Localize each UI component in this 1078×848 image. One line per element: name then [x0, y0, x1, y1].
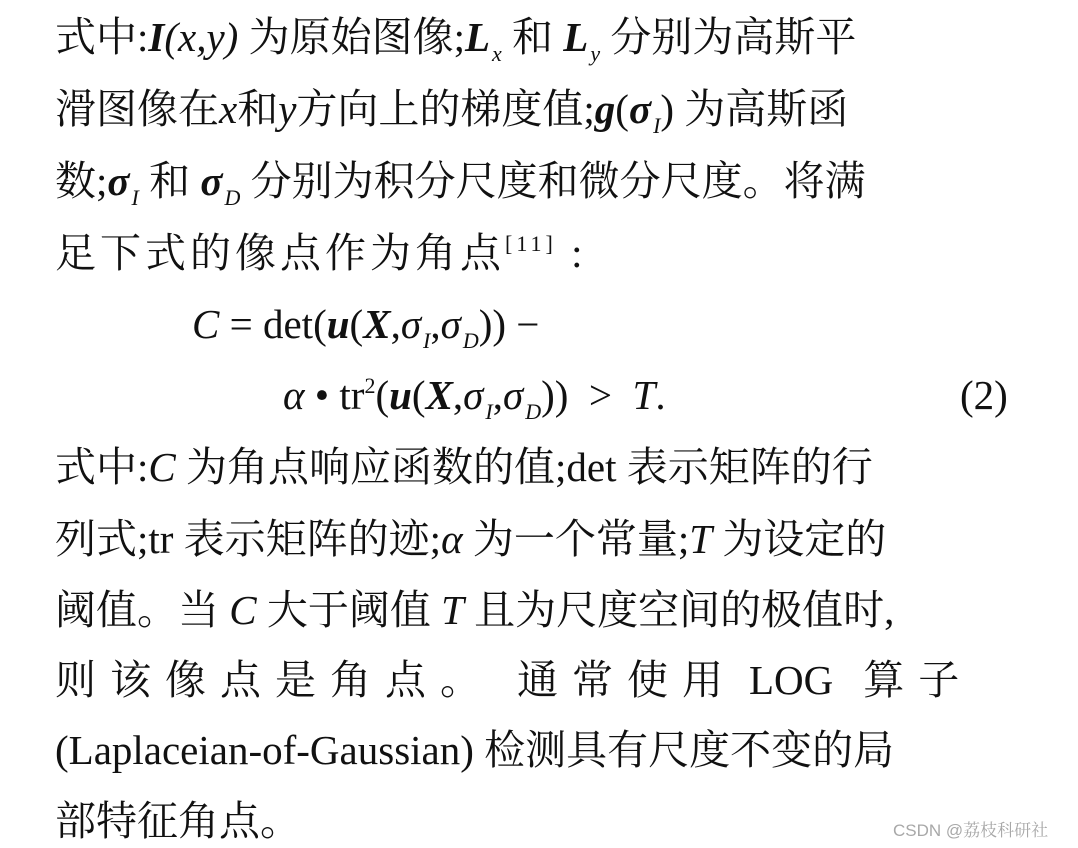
math-text: , [453, 372, 463, 418]
text: 分别为积分尺度和微分尺度。将满 [240, 158, 865, 204]
math-text: ( [412, 372, 426, 418]
math-subscript: I [485, 399, 492, 424]
math-sigma-D: σ [441, 301, 461, 347]
math-image-symbol: I [148, 14, 164, 60]
paragraph-line-1: 式中:I(x,y) 为原始图像;Lx 和 Ly 分别为高斯平 [55, 12, 856, 62]
text: 为角点响应函数的值;det 表示矩阵的行 [176, 444, 873, 490]
text: 通常使用 [517, 657, 737, 703]
equation-number: (2) [960, 370, 1008, 420]
math-subscript: D [525, 399, 541, 424]
document-page: 式中:I(x,y) 为原始图像;Lx 和 Ly 分别为高斯平 滑图像在x和y方向… [0, 0, 1078, 848]
math-g: g [595, 86, 616, 132]
text: 和 [237, 86, 278, 132]
math-text: ( [375, 372, 389, 418]
math-sigma-I: σ [107, 158, 129, 204]
math-sigma: σ [629, 86, 651, 132]
paragraph-line-10: 部特征角点。 [55, 796, 301, 846]
text: 列式;tr 表示矩阵的迹; [55, 516, 441, 562]
text: ) 为高斯函 [660, 86, 848, 132]
text: 阈值。当 [55, 587, 229, 633]
paragraph-line-8: 则该像点是角点。通常使用LOG算子 [55, 655, 973, 705]
text: ( [615, 86, 629, 132]
math-text: , [430, 301, 440, 347]
text: 数; [55, 158, 107, 204]
math-text: . [655, 372, 665, 418]
paragraph-line-4: 足下式的像点作为角点[11] : [55, 228, 587, 278]
text: 为原始图像; [238, 14, 465, 60]
math-T: T [689, 516, 712, 562]
citation-reference: [11] [505, 231, 557, 256]
math-text: , [493, 372, 503, 418]
paragraph-line-3: 数;σI 和 σD 分别为积分尺度和微分尺度。将满 [55, 156, 866, 206]
text: : [557, 230, 587, 276]
math-args: (x,y) [164, 14, 238, 60]
math-subscript: D [463, 328, 479, 353]
math-T: T [633, 372, 656, 418]
math-subscript: x [492, 41, 502, 66]
text: (Laplaceian-of-Gaussian) 检测具有尺度不变的局 [55, 727, 894, 773]
paragraph-line-2: 滑图像在x和y方向上的梯度值;g(σI) 为高斯函 [55, 84, 848, 134]
equation-line-1: C = det(u(X,σI,σD)) − [192, 299, 539, 349]
math-alpha: α [283, 372, 305, 418]
text: 算子 [863, 657, 973, 703]
text: 则该像点是角点。 [55, 657, 495, 703]
math-sigma-I: σ [401, 301, 421, 347]
text: 部特征角点。 [55, 798, 301, 844]
math-C: C [192, 301, 219, 347]
math-text: , [391, 301, 401, 347]
text: 和 [139, 158, 201, 204]
math-alpha: α [441, 516, 463, 562]
math-text: ( [350, 301, 364, 347]
text: 足下式的像点作为角点 [55, 230, 505, 276]
paragraph-line-9: (Laplaceian-of-Gaussian) 检测具有尺度不变的局 [55, 725, 894, 775]
text: 式中: [55, 14, 148, 60]
math-C: C [148, 444, 175, 490]
paragraph-line-7: 阈值。当 C 大于阈值 T 且为尺度空间的极值时, [55, 585, 894, 635]
math-text: = det( [219, 301, 326, 347]
paragraph-line-5: 式中:C 为角点响应函数的值;det 表示矩阵的行 [55, 442, 873, 492]
math-superscript: 2 [364, 373, 375, 398]
math-Lx: L [465, 14, 490, 60]
csdn-watermark: CSDN @荔枝科研社 [893, 816, 1048, 841]
text: 为一个常量; [463, 516, 690, 562]
math-y: y [278, 86, 296, 132]
math-text: )) > [541, 372, 632, 418]
math-subscript: y [590, 41, 600, 66]
math-text: • tr [305, 372, 365, 418]
math-sigma-D: σ [503, 372, 523, 418]
equation-line-2: α • tr2(u(X,σI,σD)) > T. (2) [0, 370, 1078, 420]
math-X: X [363, 301, 390, 347]
text: 且为尺度空间的极值时, [464, 587, 895, 633]
math-X: X [426, 372, 453, 418]
text: 分别为高斯平 [600, 14, 856, 60]
math-u: u [389, 372, 412, 418]
math-C: C [229, 587, 256, 633]
math-subscript: I [132, 185, 139, 210]
math-subscript: D [224, 185, 240, 210]
text: 为设定的 [712, 516, 886, 562]
text: 和 [502, 14, 564, 60]
math-x: x [219, 86, 237, 132]
paragraph-line-6: 列式;tr 表示矩阵的迹;α 为一个常量;T 为设定的 [55, 514, 886, 564]
math-u: u [327, 301, 350, 347]
text: 滑图像在 [55, 86, 219, 132]
math-sigma-D: σ [200, 158, 222, 204]
text: LOG [749, 657, 833, 703]
math-Ly: L [563, 14, 588, 60]
math-T: T [441, 587, 464, 633]
text: 式中: [55, 444, 148, 490]
text: 方向上的梯度值; [296, 86, 594, 132]
text: 大于阈值 [257, 587, 442, 633]
math-text: )) − [479, 301, 540, 347]
math-sigma-I: σ [463, 372, 483, 418]
